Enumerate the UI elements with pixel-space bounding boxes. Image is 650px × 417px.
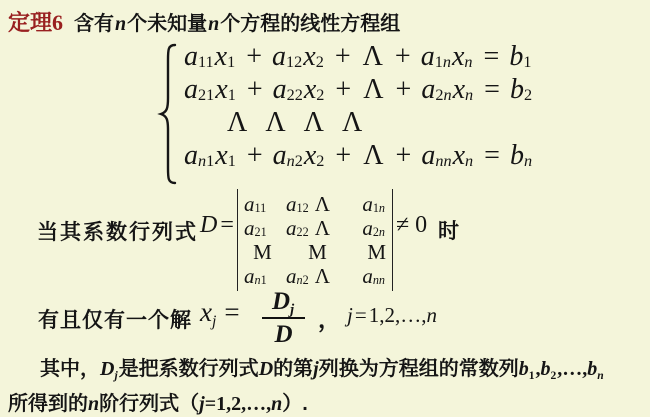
note-line-2: 所得到的n阶行列式（j=1,2,…,n）.: [8, 387, 308, 416]
index-range: j=1,2,…,n: [347, 303, 437, 328]
determinant-suffix-label: 时: [438, 215, 459, 245]
system-brace-icon: [156, 42, 180, 186]
determinant-lhs: D=: [200, 211, 237, 239]
equation-row-n: an1x1+an2x2+Λ+annxn=bn: [184, 139, 533, 172]
matrix-cell: a21: [244, 216, 268, 240]
determinant-intro-label: 当其系数行列式: [37, 216, 198, 246]
theorem-label: 定理6: [8, 6, 63, 37]
theorem-slide: 定理6 含有n个未知量n个方程的线性方程组 a11x1+a12x2+Λ+a1nx…: [0, 0, 650, 417]
matrix-cell: a2n: [362, 216, 386, 240]
fraction-denominator: D: [262, 319, 305, 349]
matrix-cell: ann: [362, 264, 386, 288]
solution-label: 有且仅有一个解: [38, 304, 192, 334]
fraction-numerator: Dj: [262, 287, 305, 319]
matrix-cell: a1n: [362, 192, 386, 216]
matrix-cell: a11: [244, 192, 267, 216]
matrix-cell: an2Λ: [286, 264, 330, 288]
determinant-matrix: a11 a12Λ a1n a21 a22Λ a2n M M M an1 an2Λ…: [237, 189, 393, 291]
matrix-cell: an1: [244, 264, 268, 288]
matrix-cell: a22Λ: [286, 216, 330, 240]
equation-system: a11x1+a12x2+Λ+a1nxn=b1 a21x1+a22x2+Λ+a2n…: [156, 40, 533, 172]
matrix-cell: a12Λ: [286, 192, 330, 216]
equation-row-ellipsis: ΛΛΛΛ: [184, 106, 533, 139]
matrix-cell: M: [362, 240, 386, 264]
title-text: 含有n个未知量n个方程的线性方程组: [74, 7, 400, 36]
matrix-cell: M: [303, 240, 327, 264]
equation-rows: a11x1+a12x2+Λ+a1nxn=b1 a21x1+a22x2+Λ+a2n…: [184, 40, 533, 172]
solution-fraction: Dj D: [262, 287, 305, 349]
matrix-cell: M: [248, 240, 272, 264]
not-equal-zero-condition: ≠0: [396, 211, 427, 239]
note-line-1: 其中，Dj是把系数行列式D的第j列换为方程组的常数列b1,b2,…,bn: [40, 352, 605, 381]
solution-comma: ，: [318, 301, 341, 334]
equation-row-2: a21x1+a22x2+Λ+a2nxn=b2: [184, 73, 533, 106]
equation-row-1: a11x1+a12x2+Λ+a1nxn=b1: [184, 40, 533, 73]
theorem-title: 定理6 含有n个未知量n个方程的线性方程组: [8, 6, 400, 37]
solution-lhs: xj=: [200, 297, 247, 328]
